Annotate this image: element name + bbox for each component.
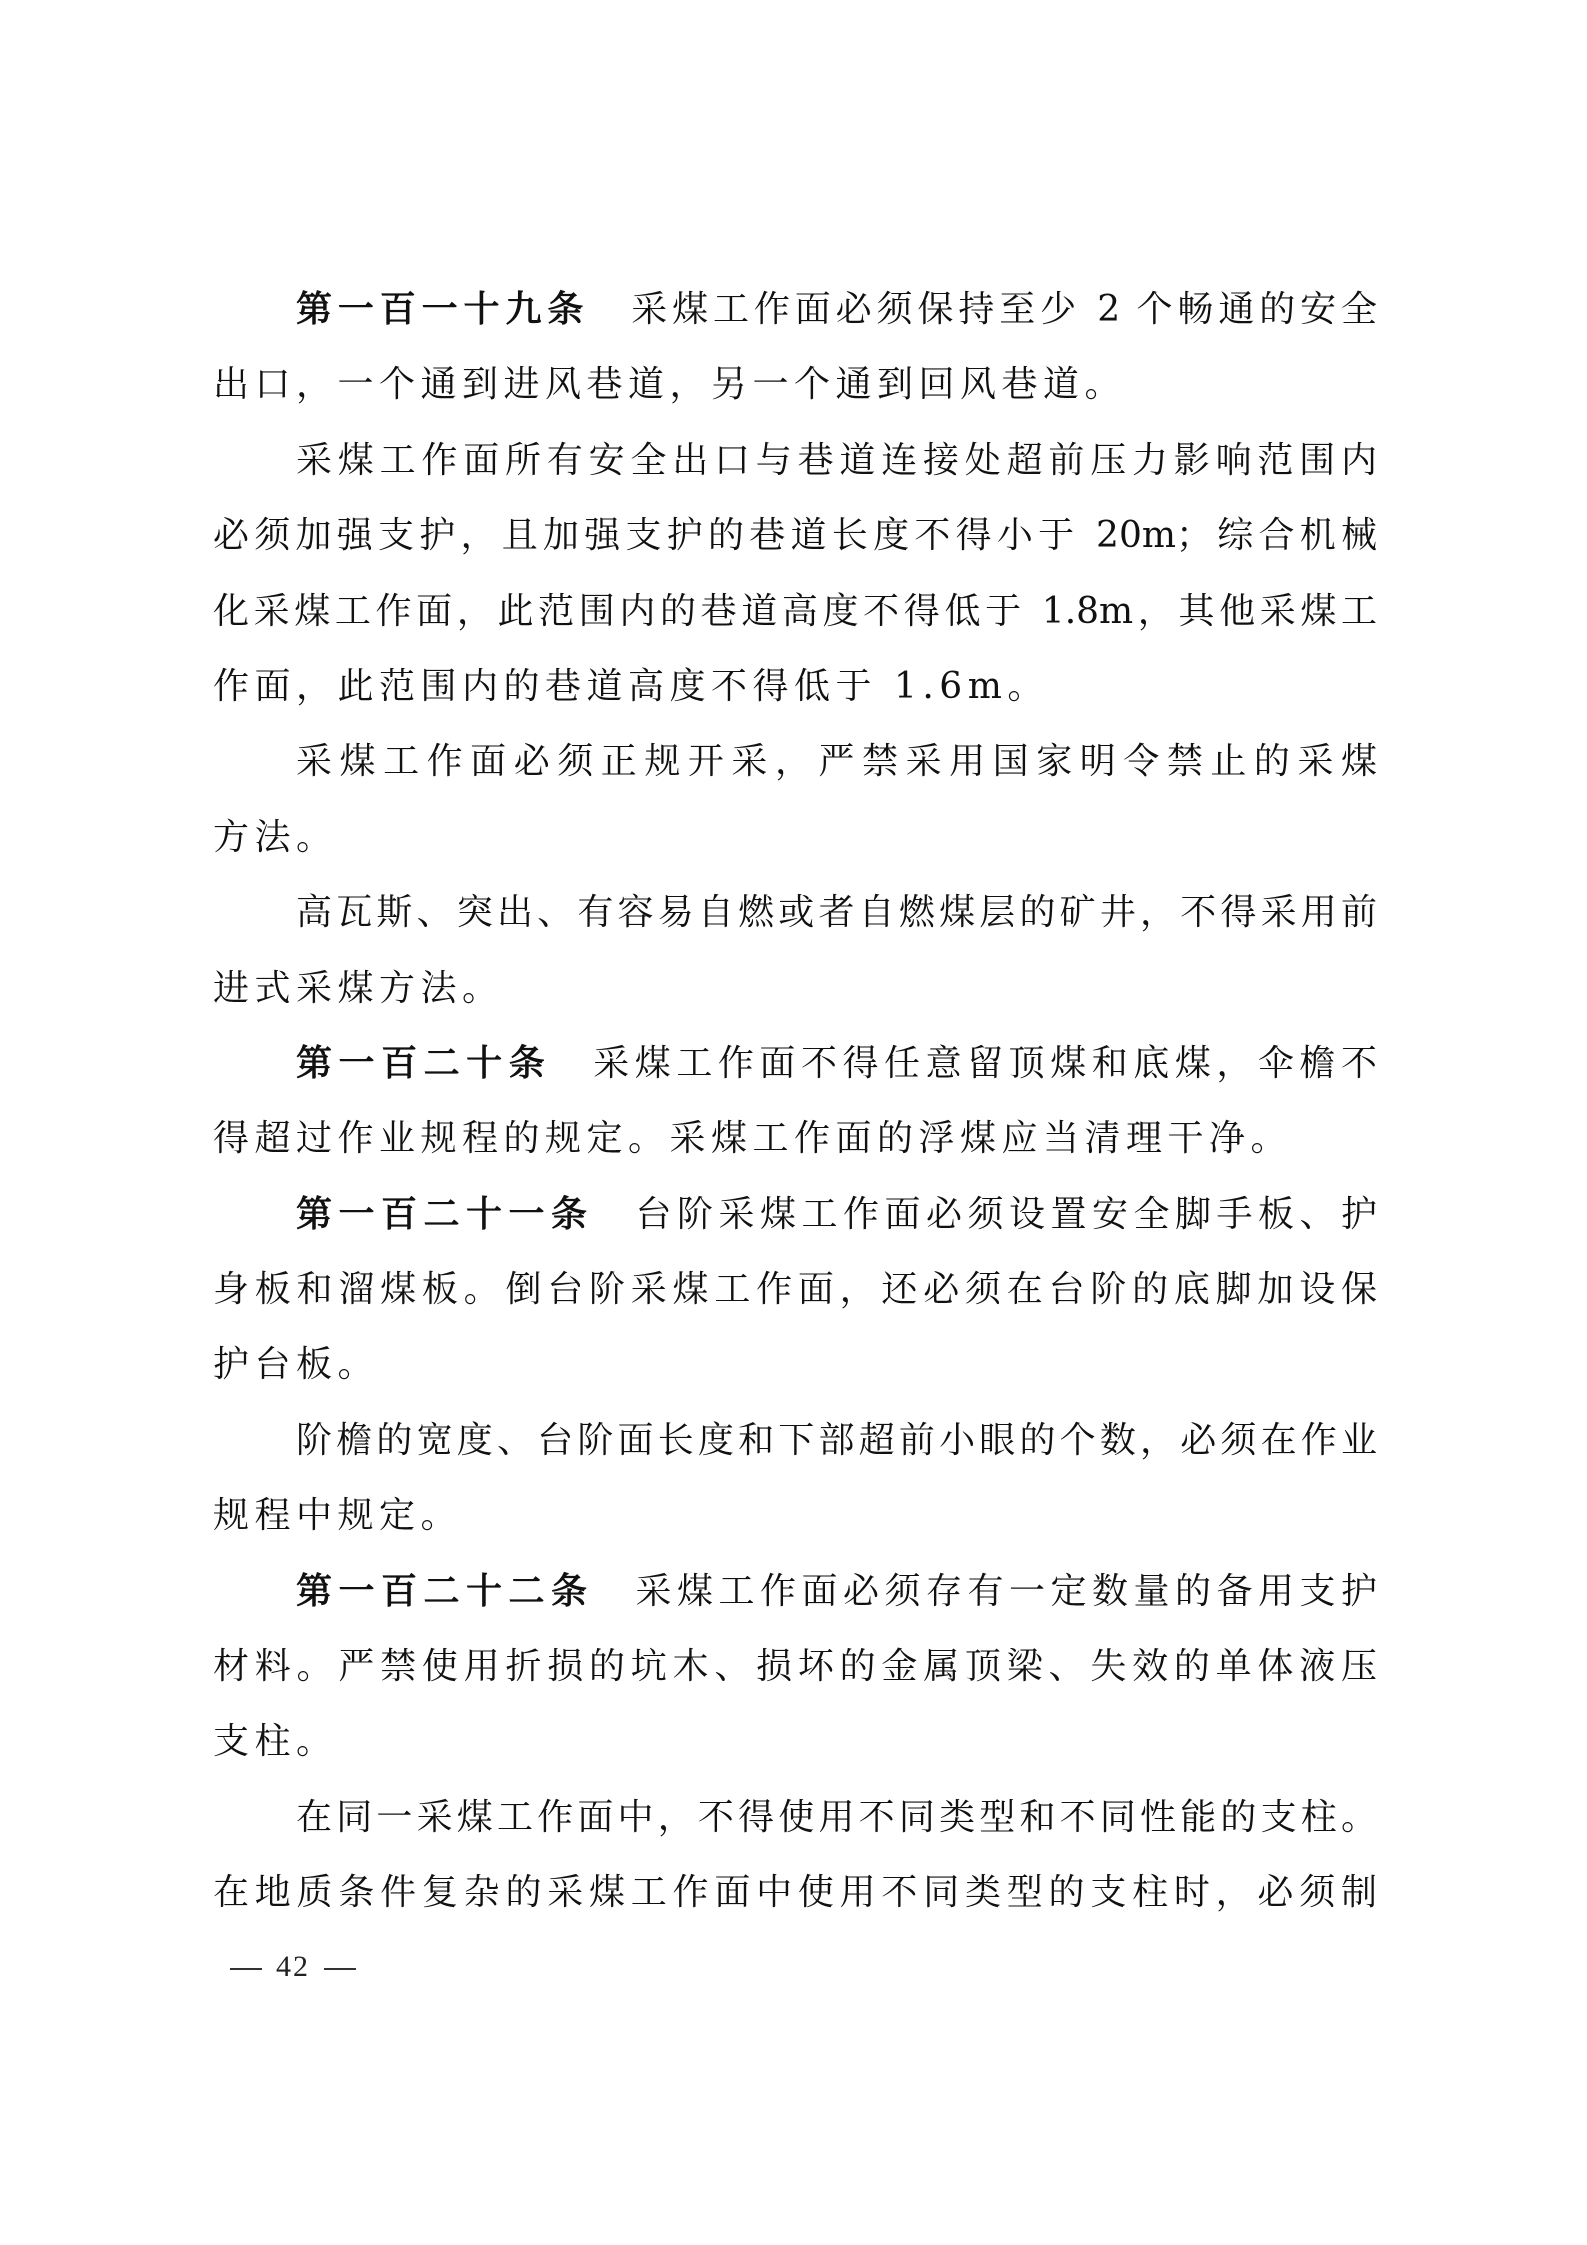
text-line: 必须加强支护，且加强支护的巷道长度不得小于 20m；综合机械	[213, 498, 1377, 573]
article-120: 第一百二十条采煤工作面不得任意留顶煤和底煤，伞檐不 得超过作业规程的规定。采煤工…	[213, 1026, 1377, 1177]
text-line: 在地质条件复杂的采煤工作面中使用不同类型的支柱时，必须制	[213, 1855, 1377, 1930]
article-119: 第一百一十九条采煤工作面必须保持至少 2 个畅通的安全 出口，一个通到进风巷道，…	[213, 272, 1377, 1026]
text-line: 第一百二十一条台阶采煤工作面必须设置安全脚手板、护	[213, 1177, 1377, 1252]
dash-right	[324, 1968, 356, 1970]
text-line: 出口，一个通到进风巷道，另一个通到回风巷道。	[213, 347, 1377, 422]
dash-left	[230, 1968, 262, 1970]
page-number: 42	[216, 1950, 370, 1984]
text-line: 护台板。	[213, 1327, 1377, 1402]
article-122: 第一百二十二条采煤工作面必须存有一定数量的备用支护 材料。严禁使用折损的坑木、损…	[213, 1554, 1377, 1931]
article-121: 第一百二十一条台阶采煤工作面必须设置安全脚手板、护 身板和溜煤板。倒台阶采煤工作…	[213, 1177, 1377, 1554]
text-line: 规程中规定。	[213, 1478, 1377, 1553]
text-line: 进式采煤方法。	[213, 951, 1377, 1026]
text-line: 采煤工作面必须正规开采，严禁采用国家明令禁止的采煤	[213, 724, 1377, 799]
document-page: 第一百一十九条采煤工作面必须保持至少 2 个畅通的安全 出口，一个通到进风巷道，…	[213, 272, 1377, 1931]
text-line: 阶檐的宽度、台阶面长度和下部超前小眼的个数，必须在作业	[213, 1403, 1377, 1478]
text-line: 身板和溜煤板。倒台阶采煤工作面，还必须在台阶的底脚加设保	[213, 1252, 1377, 1327]
text-line: 化采煤工作面，此范围内的巷道高度不得低于 1.8m，其他采煤工	[213, 574, 1377, 649]
text-line: 第一百二十二条采煤工作面必须存有一定数量的备用支护	[213, 1554, 1377, 1629]
article-heading: 第一百一十九条	[296, 289, 589, 330]
text-line: 采煤工作面所有安全出口与巷道连接处超前压力影响范围内	[213, 423, 1377, 498]
text-line: 材料。严禁使用折损的坑木、损坏的金属顶梁、失效的单体液压	[213, 1629, 1377, 1704]
text-line: 第一百一十九条采煤工作面必须保持至少 2 个畅通的安全	[213, 272, 1377, 347]
article-heading: 第一百二十条	[296, 1043, 551, 1084]
text-line: 在同一采煤工作面中，不得使用不同类型和不同性能的支柱。	[213, 1780, 1377, 1855]
text-line: 第一百二十条采煤工作面不得任意留顶煤和底煤，伞檐不	[213, 1026, 1377, 1101]
text-line: 高瓦斯、突出、有容易自燃或者自燃煤层的矿井，不得采用前	[213, 875, 1377, 950]
article-heading: 第一百二十一条	[296, 1194, 594, 1235]
text-line: 得超过作业规程的规定。采煤工作面的浮煤应当清理干净。	[213, 1101, 1377, 1176]
text-line: 支柱。	[213, 1704, 1377, 1779]
text-line: 方法。	[213, 800, 1377, 875]
article-heading: 第一百二十二条	[296, 1571, 594, 1612]
text-line: 作面，此范围内的巷道高度不得低于 1.6m。	[213, 649, 1377, 724]
